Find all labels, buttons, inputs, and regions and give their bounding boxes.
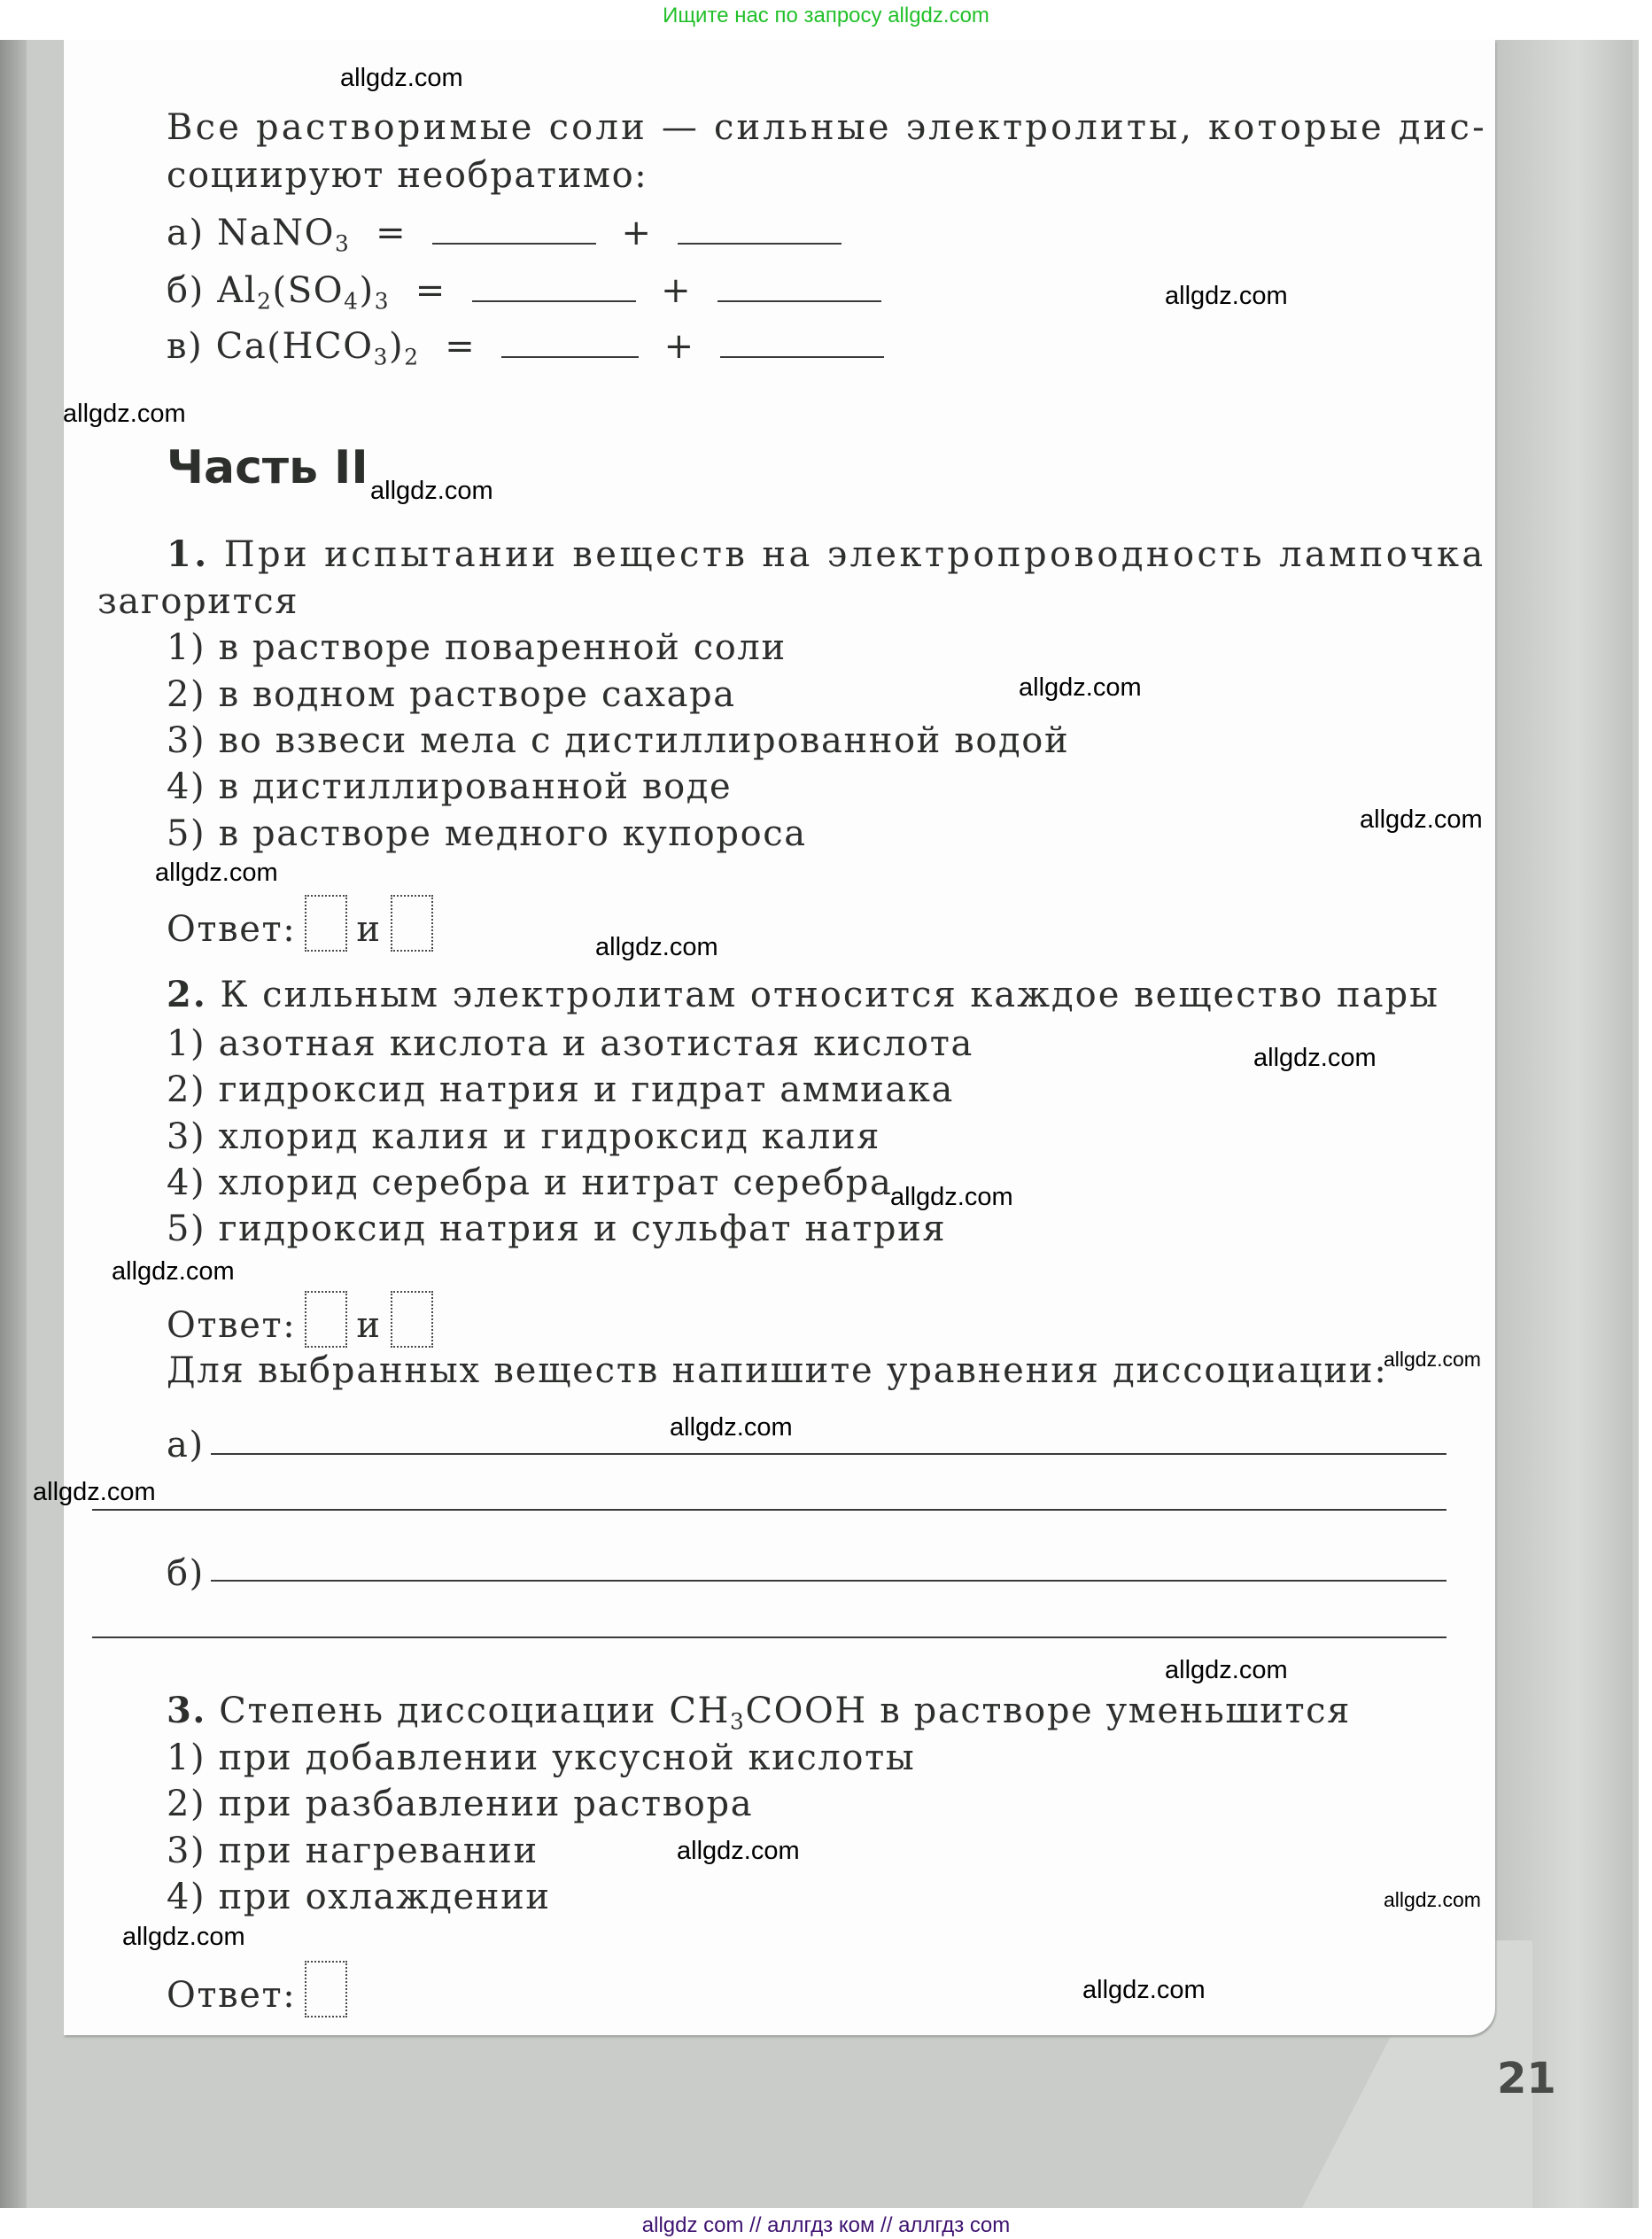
equation-c-formula: Ca(HCO bbox=[216, 326, 374, 367]
watermark: allgdz.com bbox=[1165, 284, 1288, 309]
watermark: allgdz.com bbox=[595, 935, 718, 960]
equation-b-plus: + bbox=[661, 270, 692, 311]
watermark: allgdz.com bbox=[890, 1185, 1013, 1210]
equation-c: в) Ca(HCO3)2 = + bbox=[167, 329, 884, 369]
watermark: allgdz.com bbox=[155, 860, 278, 886]
q3-text-post: COOH в растворе уменьшится bbox=[745, 1691, 1351, 1731]
q2-answer-joiner: и bbox=[356, 1305, 381, 1346]
equation-b-formula-close: ) bbox=[360, 270, 375, 311]
equation-c-plus: + bbox=[664, 326, 695, 367]
watermark: allgdz.com bbox=[670, 1415, 793, 1441]
equation-b-equals: = bbox=[415, 270, 446, 311]
equation-a-label: а) bbox=[167, 213, 205, 253]
q1-option-3: 3) во взвеси мела с дистиллированной вод… bbox=[167, 723, 1069, 758]
equation-a-blank-2[interactable] bbox=[678, 242, 842, 245]
intro-line-1: Все растворимые соли — сильные электроли… bbox=[167, 110, 1487, 145]
q2-eq-b-label: б) bbox=[167, 1556, 205, 1591]
q2-option-5: 5) гидроксид натрия и сульфат натрия bbox=[167, 1211, 946, 1247]
q2-text-body: К сильным электролитам относится каждое … bbox=[220, 975, 1439, 1015]
q3-answer-label: Ответ: bbox=[167, 1975, 296, 2016]
equation-c-label: в) bbox=[167, 326, 203, 367]
equation-a-plus: + bbox=[621, 213, 652, 253]
equation-c-equals: = bbox=[445, 326, 476, 367]
q2-option-3: 3) хлорид калия и гидроксид калия bbox=[167, 1119, 880, 1154]
q2-option-2: 2) гидроксид натрия и гидрат аммиака bbox=[167, 1072, 954, 1108]
equation-b-blank-1[interactable] bbox=[472, 299, 636, 302]
equation-c-sub-2: 2 bbox=[404, 344, 419, 369]
q2-option-1: 1) азотная кислота и азотистая кислота bbox=[167, 1026, 973, 1061]
equation-b-sub-2: 4 bbox=[344, 288, 359, 314]
equation-c-sub-1: 3 bbox=[374, 344, 389, 369]
q3-text-pre: Степень диссоциации CH bbox=[219, 1691, 730, 1731]
book-spine-shadow bbox=[0, 40, 27, 2208]
equation-c-formula-close: ) bbox=[389, 326, 404, 367]
q2-answer-label: Ответ: bbox=[167, 1305, 296, 1346]
q1-option-4: 4) в дистиллированной воде bbox=[167, 769, 732, 805]
watermark: allgdz.com bbox=[122, 1924, 245, 1950]
q2-text: 2. К сильным электролитам относится кажд… bbox=[167, 977, 1439, 1013]
q2-eq-b-line-1[interactable] bbox=[211, 1580, 1446, 1582]
watermark: allgdz.com bbox=[1384, 1890, 1481, 1910]
equation-c-blank-2[interactable] bbox=[720, 355, 884, 358]
part-title: Часть II bbox=[167, 445, 368, 491]
equation-b-sub-3: 3 bbox=[375, 288, 390, 314]
watermark: allgdz.com bbox=[340, 66, 463, 91]
watermark: allgdz.com bbox=[1082, 1978, 1206, 2003]
q1-answer-box-1[interactable] bbox=[305, 895, 347, 952]
equation-a-sub: 3 bbox=[335, 230, 350, 256]
q2-dissociation-prompt: Для выбранных веществ напишите уравнения… bbox=[167, 1353, 1388, 1388]
bottom-banner: allgdz com // аллгдз ком // аллгдз com bbox=[0, 2213, 1652, 2238]
watermark: allgdz.com bbox=[370, 478, 493, 504]
watermark: allgdz.com bbox=[1360, 807, 1483, 833]
equation-b-formula: Al bbox=[217, 270, 257, 311]
equation-a: а) NaNO3 = + bbox=[167, 215, 842, 255]
intro-line-2: социируют необратимо: bbox=[167, 158, 648, 193]
top-banner: Ищите нас по запросу allgdz.com bbox=[0, 4, 1652, 28]
equation-b-label: б) bbox=[167, 270, 205, 311]
q3-option-3: 3) при нагревании bbox=[167, 1833, 539, 1869]
q1-answer-box-2[interactable] bbox=[391, 895, 433, 952]
watermark: allgdz.com bbox=[33, 1480, 156, 1505]
q2-answer-box-2[interactable] bbox=[391, 1291, 433, 1348]
q1-text: При испытании веществ на электропроводно… bbox=[224, 534, 1486, 575]
q1-option-5: 5) в растворе медного купороса bbox=[167, 816, 807, 851]
q2-eq-a-line-1[interactable] bbox=[211, 1453, 1446, 1455]
q1-answer-label: Ответ: bbox=[167, 909, 296, 950]
q2-eq-b-line-2[interactable] bbox=[92, 1636, 1446, 1638]
q3-option-2: 2) при разбавлении раствора bbox=[167, 1786, 753, 1822]
watermark: allgdz.com bbox=[1165, 1658, 1288, 1683]
equation-a-blank-1[interactable] bbox=[432, 242, 596, 245]
q1-answer-joiner: и bbox=[356, 909, 381, 950]
equation-b-sub-1: 2 bbox=[257, 288, 272, 314]
q1-option-2: 2) в водном растворе сахара bbox=[167, 677, 736, 712]
q1-text-line-1: 1. При испытании веществ на электропрово… bbox=[167, 537, 1486, 572]
page-number: 21 bbox=[1497, 2054, 1556, 2103]
q2-eq-a-line-2[interactable] bbox=[92, 1509, 1446, 1511]
q1-option-1: 1) в растворе поваренной соли bbox=[167, 630, 787, 665]
q2-answer-box-1[interactable] bbox=[305, 1291, 347, 1348]
q3-text-sub: 3 bbox=[730, 1708, 745, 1734]
q1-text-line-2: загорится bbox=[97, 584, 299, 619]
q3-option-4: 4) при охлаждении bbox=[167, 1879, 551, 1915]
watermark: allgdz.com bbox=[677, 1839, 800, 1864]
watermark: allgdz.com bbox=[63, 401, 186, 427]
equation-a-formula: NaNO bbox=[217, 213, 335, 253]
q1-number: 1. bbox=[167, 533, 210, 575]
q1-answer-row: Ответ:и bbox=[167, 895, 442, 952]
q3-answer-row: Ответ: bbox=[167, 1961, 356, 2017]
equation-b: б) Al2(SO4)3 = + bbox=[167, 273, 881, 313]
watermark: allgdz.com bbox=[1384, 1349, 1481, 1370]
watermark: allgdz.com bbox=[1253, 1046, 1377, 1071]
q3-text: 3. Степень диссоциации CH3COOH в раствор… bbox=[167, 1693, 1351, 1733]
q2-answer-row: Ответ:и bbox=[167, 1291, 442, 1348]
equation-a-equals: = bbox=[376, 213, 407, 253]
q3-answer-box[interactable] bbox=[305, 1961, 347, 2017]
q3-option-1: 1) при добавлении уксусной кислоты bbox=[167, 1740, 915, 1776]
equation-b-blank-2[interactable] bbox=[717, 299, 881, 302]
watermark: allgdz.com bbox=[112, 1259, 235, 1285]
q2-option-4: 4) хлорид серебра и нитрат серебра bbox=[167, 1165, 892, 1201]
q3-number: 3. bbox=[167, 1690, 206, 1731]
q2-eq-a-label: а) bbox=[167, 1427, 205, 1463]
equation-c-blank-1[interactable] bbox=[501, 355, 639, 358]
watermark: allgdz.com bbox=[1019, 675, 1142, 701]
q2-number: 2. bbox=[167, 974, 207, 1015]
equation-b-formula-mid: (SO bbox=[273, 270, 345, 311]
page-margin-strip bbox=[1495, 40, 1633, 2208]
